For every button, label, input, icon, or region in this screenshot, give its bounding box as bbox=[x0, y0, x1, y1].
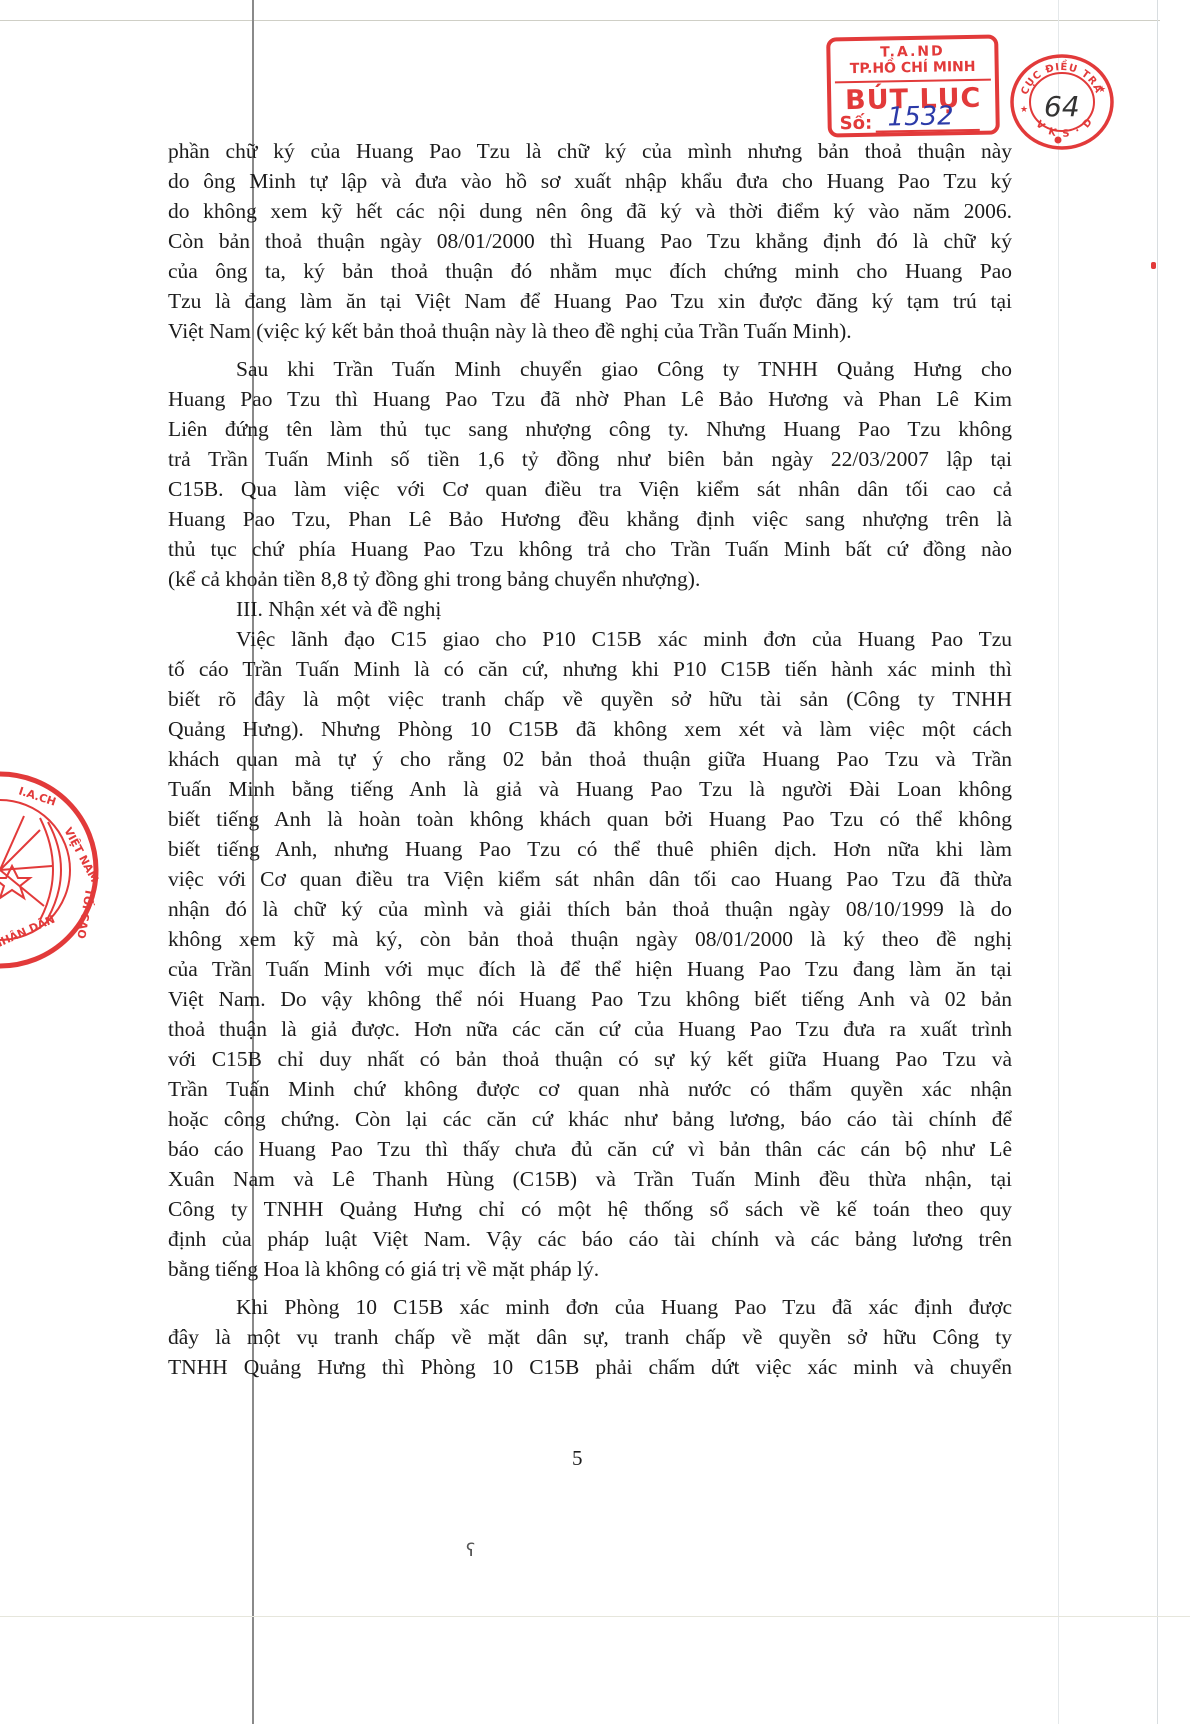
svg-text:★: ★ bbox=[1020, 104, 1028, 114]
text-line: Còn bản thoả thuận ngày 08/01/2000 thì H… bbox=[168, 226, 1012, 256]
page-number: 5 bbox=[572, 1446, 583, 1471]
scan-edge-right bbox=[1157, 0, 1158, 1724]
text-line: C15B. Qua làm việc với Cơ quan điều tra … bbox=[168, 474, 1012, 504]
text-line: việc với Cơ quan điều tra Viện kiểm sát … bbox=[168, 864, 1012, 894]
text-line: định của pháp luật Việt Nam. Vậy các báo… bbox=[168, 1224, 1012, 1254]
text-line: báo cáo Huang Pao Tzu thì thấy chưa đủ c… bbox=[168, 1134, 1012, 1164]
svg-text:TỐI CAO: TỐI CAO bbox=[74, 887, 98, 940]
text-line: trả Trần Tuấn Minh số tiền 1,6 tỷ đồng n… bbox=[168, 444, 1012, 474]
text-line: Việt Nam (việc ký kết bản thoả thuận này… bbox=[168, 316, 1012, 346]
seal-emblem-icon: I.A.CH VIỆT NAM TỐI CAO SÁT NHÂN DÂN bbox=[0, 770, 116, 970]
text-line: Tzu là đang làm ăn tại Việt Nam để Huang… bbox=[168, 286, 1012, 316]
text-line: Trần Tuấn Minh chứ không được cơ quan nh… bbox=[168, 1074, 1012, 1104]
text-line: Tuấn Minh bằng tiếng Anh là giả và Huang… bbox=[168, 774, 1012, 804]
text-line: Sau khi Trần Tuấn Minh chuyển giao Công … bbox=[168, 354, 1012, 384]
text-line: Huang Pao Tzu thì Huang Pao Tzu đã nhờ P… bbox=[168, 384, 1012, 414]
text-line: (kể cả khoản tiền 8,8 tỷ đồng ghi trong … bbox=[168, 564, 1012, 594]
text-line: với C15B chỉ duy nhất có bản thoả thuận … bbox=[168, 1044, 1012, 1074]
text-line: Quảng Hưng). Nhưng Phòng 10 C15B đã khôn… bbox=[168, 714, 1012, 744]
investigation-bureau-stamp: CỤC ĐIỀU TRA V K S · D T C ★ ★ 64 bbox=[1008, 52, 1116, 152]
scan-edge-bottom bbox=[0, 1616, 1190, 1617]
paragraph-continuation: phần chữ ký của Huang Pao Tzu là chữ ký … bbox=[168, 136, 1012, 346]
text-line: hoặc công chứng. Còn lại các căn cứ khác… bbox=[168, 1104, 1012, 1134]
text-line: không xem kỹ mà ký, còn bản thoả thuận n… bbox=[168, 924, 1012, 954]
section-heading: III. Nhận xét và đề nghị bbox=[168, 594, 1012, 624]
paragraph-transfer: Sau khi Trần Tuấn Minh chuyển giao Công … bbox=[168, 354, 1012, 594]
svg-text:★: ★ bbox=[1098, 84, 1106, 94]
procuracy-seal: I.A.CH VIỆT NAM TỐI CAO SÁT NHÂN DÂN bbox=[0, 770, 116, 970]
handwritten-page-number: 64 bbox=[1044, 90, 1080, 123]
text-line: do không xem kỹ hết các nội dung nên ông… bbox=[168, 196, 1012, 226]
text-line: biết tiếng Anh, nhưng Huang Pao Tzu có t… bbox=[168, 834, 1012, 864]
text-line: Liên đứng tên làm thủ tục sang nhượng cô… bbox=[168, 414, 1012, 444]
text-line: Việt Nam. Do vậy không thể nói Huang Pao… bbox=[168, 984, 1012, 1014]
ink-speck bbox=[1151, 262, 1156, 269]
court-record-stamp: T.A.ND TP.HỒ CHÍ MINH BÚT LỤC Số: 1532 bbox=[826, 35, 1000, 138]
text-line: thủ tục chứ phía Huang Pao Tzu không trả… bbox=[168, 534, 1012, 564]
text-line: TNHH Quảng Hưng thì Phòng 10 C15B phải c… bbox=[168, 1352, 1012, 1382]
text-line: biết tiếng Anh là hoàn toàn không khách … bbox=[168, 804, 1012, 834]
text-line: phần chữ ký của Huang Pao Tzu là chữ ký … bbox=[168, 136, 1012, 166]
text-line: do ông Minh tự lập và đưa vào hồ sơ xuất… bbox=[168, 166, 1012, 196]
text-line: thoả thuận là giả được. Hơn nữa các căn … bbox=[168, 1014, 1012, 1044]
text-line: biết rõ đây là một việc tranh chấp về qu… bbox=[168, 684, 1012, 714]
paragraph-assessment: Việc lãnh đạo C15 giao cho P10 C15B xác … bbox=[168, 624, 1012, 1284]
text-line: đây là một vụ tranh chấp về mặt dân sự, … bbox=[168, 1322, 1012, 1352]
text-line: tố cáo Trần Tuấn Minh là có căn cứ, nhưn… bbox=[168, 654, 1012, 684]
stamp-number-label: Số: bbox=[839, 113, 872, 135]
stamp-handwritten-number: 1532 bbox=[887, 101, 954, 132]
scan-guide-line bbox=[1058, 0, 1059, 1724]
stray-pen-mark: ʕ bbox=[466, 1540, 475, 1561]
stamp-court-city: TP.HỒ CHÍ MINH bbox=[831, 59, 995, 78]
document-body: phần chữ ký của Huang Pao Tzu là chữ ký … bbox=[168, 136, 1012, 1382]
text-line: khách quan mà tự ý cho rằng 02 bản thoả … bbox=[168, 744, 1012, 774]
text-line: của ông ta, ký bản thoả thuận đó nhằm mụ… bbox=[168, 256, 1012, 286]
text-line: Huang Pao Tzu, Phan Lê Bảo Hương đều khẳ… bbox=[168, 504, 1012, 534]
text-line: Việc lãnh đạo C15 giao cho P10 C15B xác … bbox=[168, 624, 1012, 654]
text-line: Công ty TNHH Quảng Hưng chỉ có một hệ th… bbox=[168, 1194, 1012, 1224]
paragraph-conclusion: Khi Phòng 10 C15B xác minh đơn của Huang… bbox=[168, 1292, 1012, 1382]
text-line: Khi Phòng 10 C15B xác minh đơn của Huang… bbox=[168, 1292, 1012, 1322]
text-line: bằng tiếng Hoa là không có giá trị về mặ… bbox=[168, 1254, 1012, 1284]
text-line: Xuân Nam và Lê Thanh Hùng (C15B) và Trần… bbox=[168, 1164, 1012, 1194]
text-line: nhận đó là chữ ký của mình và giải thích… bbox=[168, 894, 1012, 924]
text-line: của Trần Tuấn Minh với mục đích là để th… bbox=[168, 954, 1012, 984]
scan-edge-top bbox=[0, 20, 1160, 21]
